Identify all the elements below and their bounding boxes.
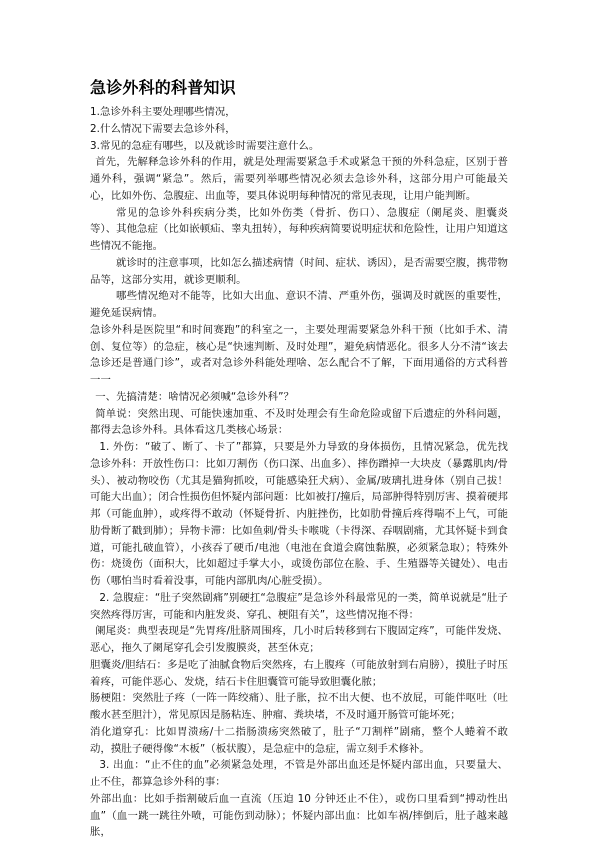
paragraph-trauma: 1. 外伤：“破了、断了、卡了”都算，只要是外力导致的身体损伤，且情况紧急，优先… [90, 439, 508, 590]
paragraph-intestinal-obstruction: 肠梗阻：突然肚子疼（一阵一阵绞痛）、肚子胀，拉不出大便、也不放屁，可能伴呕吐（吐… [90, 690, 508, 724]
paragraph-external-bleeding: 外部出血：比如手指割破后血一直流（压迫 10 分钟还止不住），或伤口里看到“搏动… [90, 791, 508, 841]
paragraph-overview: 急诊外科是医院里“和时间赛跑”的科室之一，主要处理需要紧急外科干预（比如手术、清… [90, 322, 508, 389]
outline-item-2: 2.什么情况下需要去急诊外科， [90, 121, 508, 138]
document-page: 急诊外科的科普知识 1.急诊外科主要处理哪些情况， 2.什么情况下需要去急诊外科… [90, 76, 508, 841]
paragraph-appendicitis: 阑尾炎：典型表现是“先胃疼/肚脐周围疼，几小时后转移到右下腹固定疼”，可能伴发烧… [90, 623, 508, 657]
paragraph-visit-notes: 就诊时的注意事项，比如怎么描述病情（时间、症状、诱因），是否需要空腹，携带物品等… [90, 255, 508, 289]
paragraph-intro: 首先，先解释急诊外科的作用，就是处理需要紧急手术或紧急干预的外科急症，区别于普通… [90, 154, 508, 204]
paragraph-cholecystitis: 胆囊炎/胆结石：多是吃了油腻食物后突然疼，右上腹疼（可能放射到右肩膀），摸肚子时… [90, 657, 508, 691]
outline-item-1: 1.急诊外科主要处理哪些情况， [90, 104, 508, 121]
paragraph-summary: 简单说：突然出现、可能快速加重、不及时处理会有生命危险或留下后遗症的外科问题，都… [90, 406, 508, 440]
outline-item-3: 3.常见的急症有哪些，以及就诊时需要注意什么。 [90, 138, 508, 155]
paragraph-acute-abdomen: 2. 急腹症：“肚子突然剧痛”别硬扛“急腹症”是急诊外科最常见的一类，简单说就是… [90, 590, 508, 624]
section-heading-1: 一、先搞清楚：啥情况必须喊“急诊外科”？ [90, 389, 508, 406]
paragraph-cannot-wait: 哪些情况绝对不能等，比如大出血、意识不清、严重外伤，强调及时就医的重要性，避免延… [90, 288, 508, 322]
paragraph-bleeding: 3. 出血：“止不住的血”必须紧急处理，不管是外部出血还是怀疑内部出血，只要量大… [90, 757, 508, 791]
paragraph-disease-classification: 常见的急诊外科疾病分类，比如外伤类（骨折、伤口）、急腹症（阑尾炎、胆囊炎等）、其… [90, 205, 508, 255]
paragraph-perforation: 消化道穿孔：比如胃溃疡/十二指肠溃疡突然破了，肚子“刀割样”剧痛，整个人蜷着不敢… [90, 724, 508, 758]
document-title: 急诊外科的科普知识 [90, 76, 508, 100]
